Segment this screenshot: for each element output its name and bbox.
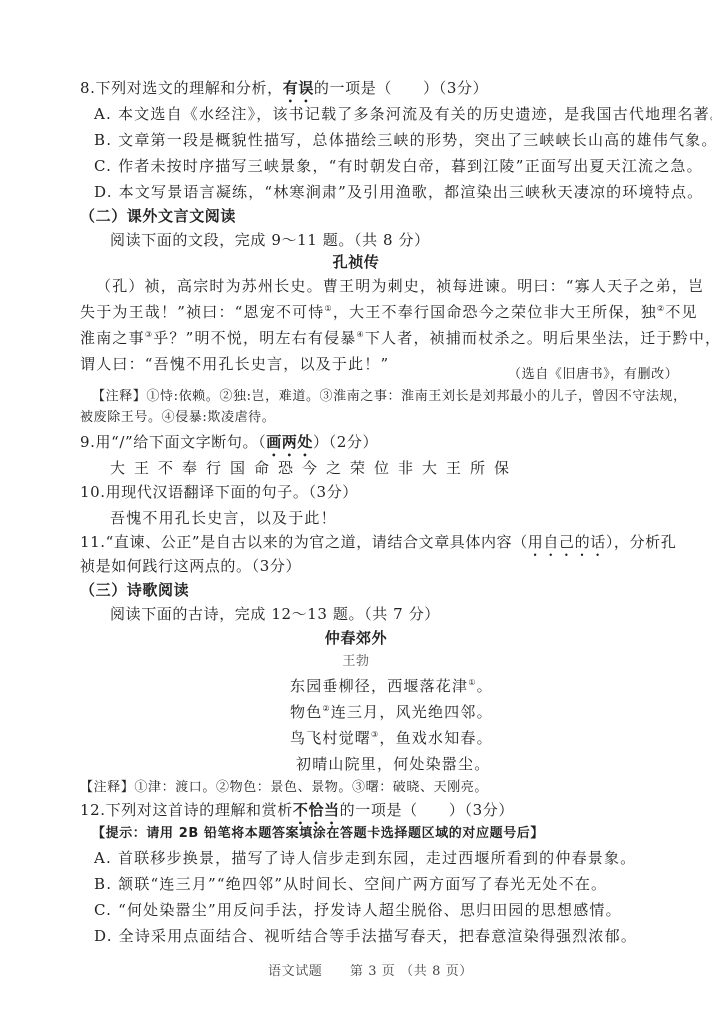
poem-title: 仲春郊外 xyxy=(0,628,712,648)
q9-text: 大王不奉行国命恐今之荣位非大王所保 xyxy=(110,458,518,478)
q9-stem-prefix: 9.用“/”给下面文字断句。（ xyxy=(80,433,266,451)
passage-line-1: （孔）祯，高宗时为苏州长史。曹王明为刺史，祯每进谏。明曰：“寡人天子之弟，岂 xyxy=(96,276,704,296)
q9-stem: 9.用“/”给下面文字断句。（画两处）（2分） xyxy=(80,432,378,460)
footnote-marker-2: ② xyxy=(322,704,330,713)
passage-line-4: 谓人曰：“吾愧不用孔长史言，以及于此！” xyxy=(80,354,389,374)
passage-title: 孔祯传 xyxy=(0,252,712,272)
page-footer: 语文试题 第 3 页 （共 8 页） xyxy=(268,962,473,982)
passage-text: 失于为王哉！”祯曰：“恩宠不可恃 xyxy=(80,303,325,321)
q9-stem-suffix: ）（2分） xyxy=(313,433,378,451)
passage-line-2: 失于为王哉！”祯曰：“恩宠不可恃①，大王不奉行国命恐今之荣位非大王所保，独②不见 xyxy=(80,302,698,322)
footnote-marker-3: ③ xyxy=(145,330,153,339)
poem-author: 王勃 xyxy=(0,652,712,672)
passage-text: ，大王不奉行国命恐今之荣位非大王所保，独 xyxy=(333,303,657,321)
footer-page-number: 第 3 页 xyxy=(350,964,396,979)
poem-text: 。 xyxy=(477,677,493,695)
poem-notes: 【注释】①津：渡口。②物色：景色、景物。③曙：破晓、天刚亮。 xyxy=(80,778,488,798)
poem-text: 鸟飞村觉曙 xyxy=(290,729,371,747)
passage-text: 乎？”明不悦，明左右有侵暴 xyxy=(153,329,356,347)
q12-option-d: D. 全诗采用点面结合、视听结合等手法描写春天，把春意渲染得强烈浓郁。 xyxy=(94,926,637,946)
footnote-marker-1: ① xyxy=(325,304,333,313)
q10-sentence: 吾愧不用孔长史言，以及于此！ xyxy=(110,508,337,528)
q11-stem-suffix: ），分析孔 xyxy=(606,533,677,551)
footnote-marker-4: ④ xyxy=(356,330,364,339)
q12-hint: 【提示：请用 2B 铅笔将本题答案填涂在答题卡选择题区域的对应题号后】 xyxy=(92,824,544,844)
q12-stem-emphasis: 不恰当 xyxy=(293,801,340,819)
section2-instruction: 阅读下面的文段，完成 9～11 题。（共 8 分） xyxy=(110,230,430,250)
poem-line-2: 物色②连三月，风光绝四邻。 xyxy=(290,702,493,722)
q8-stem-emphasis: 有误 xyxy=(283,79,314,97)
q8-option-b: B. 文章第一段是概貌性描写，总体描绘三峡的形势，突出了三峡峡长山高的雄伟气象。 xyxy=(94,130,712,150)
poem-line-1: 东园垂柳径，西堰落花津①。 xyxy=(290,676,493,696)
q8-stem: 8.下列对选文的理解和分析，有误的一项是（ ）（3分） xyxy=(80,78,488,106)
section3-heading: （三）诗歌阅读 xyxy=(80,580,189,600)
q10-stem: 10.用现代汉语翻译下面的句子。（3分） xyxy=(80,482,358,502)
passage-text: 不见 xyxy=(665,303,697,321)
q8-option-a: A. 本文选自《水经注》，该书记载了多条河流及有关的历史遗迹，是我国古代地理名著… xyxy=(94,104,712,124)
passage-notes-line-2: 被废除王号。④侵暴:欺凌虐待。 xyxy=(80,408,275,428)
q8-option-d: D. 本文写景语言凝练，“林寒涧肃”及引用渔歌，都渲染出三峡秋天凄凉的环境特点。 xyxy=(94,182,703,202)
q12-option-a: A. 首联移步换景，描写了诗人信步走到东园，走过西堰所看到的仲春景象。 xyxy=(94,848,636,868)
q8-stem-suffix: 的一项是（ ）（3分） xyxy=(314,79,488,97)
passage-line-3: 淮南之事③乎？”明不悦，明左右有侵暴④下人者，祯捕而杖杀之。明后果坐法，迁于黔中… xyxy=(80,328,712,348)
poem-line-4: 初晴山院里，何处染嚣尘。 xyxy=(296,754,490,774)
q9-stem-emphasis: 画两处 xyxy=(266,433,313,451)
poem-text: 连三月，风光绝四邻。 xyxy=(331,703,493,721)
section3-instruction: 阅读下面的古诗，完成 12～13 题。（共 7 分） xyxy=(110,604,440,624)
poem-text: 东园垂柳径，西堰落花津 xyxy=(290,677,468,695)
poem-text: 物色 xyxy=(290,703,322,721)
passage-source: （选自《旧唐书》，有删改） xyxy=(508,365,678,385)
q11-stem-line-2: 祯是如何践行这两点的。（3分） xyxy=(80,556,301,576)
footnote-marker-1: ① xyxy=(468,678,476,687)
passage-text: 下人者，祯捕而杖杀之。明后果坐法，迁于黔中， xyxy=(365,329,712,347)
footer-total-pages: （共 8 页） xyxy=(400,964,473,979)
q11-stem-prefix: 11.“直谏、公正”是自古以来的为官之道，请结合文章具体内容（ xyxy=(80,533,528,551)
q8-option-c: C. 作者未按时序描写三峡景象，“有时朝发白帝，暮到江陵”正面写出夏天江流之急。 xyxy=(94,156,703,176)
q8-stem-prefix: 8.下列对选文的理解和分析， xyxy=(80,79,283,97)
q12-option-c: C. “何处染嚣尘”用反问手法，抒发诗人超尘脱俗、思归田园的思想感情。 xyxy=(94,900,622,920)
q12-option-b: B. 颔联“连三月”“绝四邻”从时间长、空间广两方面写了春光无处不在。 xyxy=(94,874,607,894)
passage-notes-line-1: 【注释】①恃:依赖。②独:岂，难道。③淮南之事：淮南王刘长是刘邦最小的儿子，曾因… xyxy=(92,387,687,407)
footer-subject: 语文试题 xyxy=(268,964,322,979)
q11-stem-emphasis: 用自己的话 xyxy=(528,533,606,551)
passage-text: 淮南之事 xyxy=(80,329,145,347)
exam-page: 8.下列对选文的理解和分析，有误的一项是（ ）（3分） A. 本文选自《水经注》… xyxy=(0,0,712,1028)
q12-stem-prefix: 12.下列对这首诗的理解和赏析 xyxy=(80,801,293,819)
q12-stem-suffix: 的一项是（ ）（3分） xyxy=(340,801,514,819)
section2-heading: （二）课外文言文阅读 xyxy=(80,206,236,226)
poem-text: ，鱼戏水知春。 xyxy=(379,729,492,747)
poem-line-3: 鸟飞村觉曙③，鱼戏水知春。 xyxy=(290,728,493,748)
